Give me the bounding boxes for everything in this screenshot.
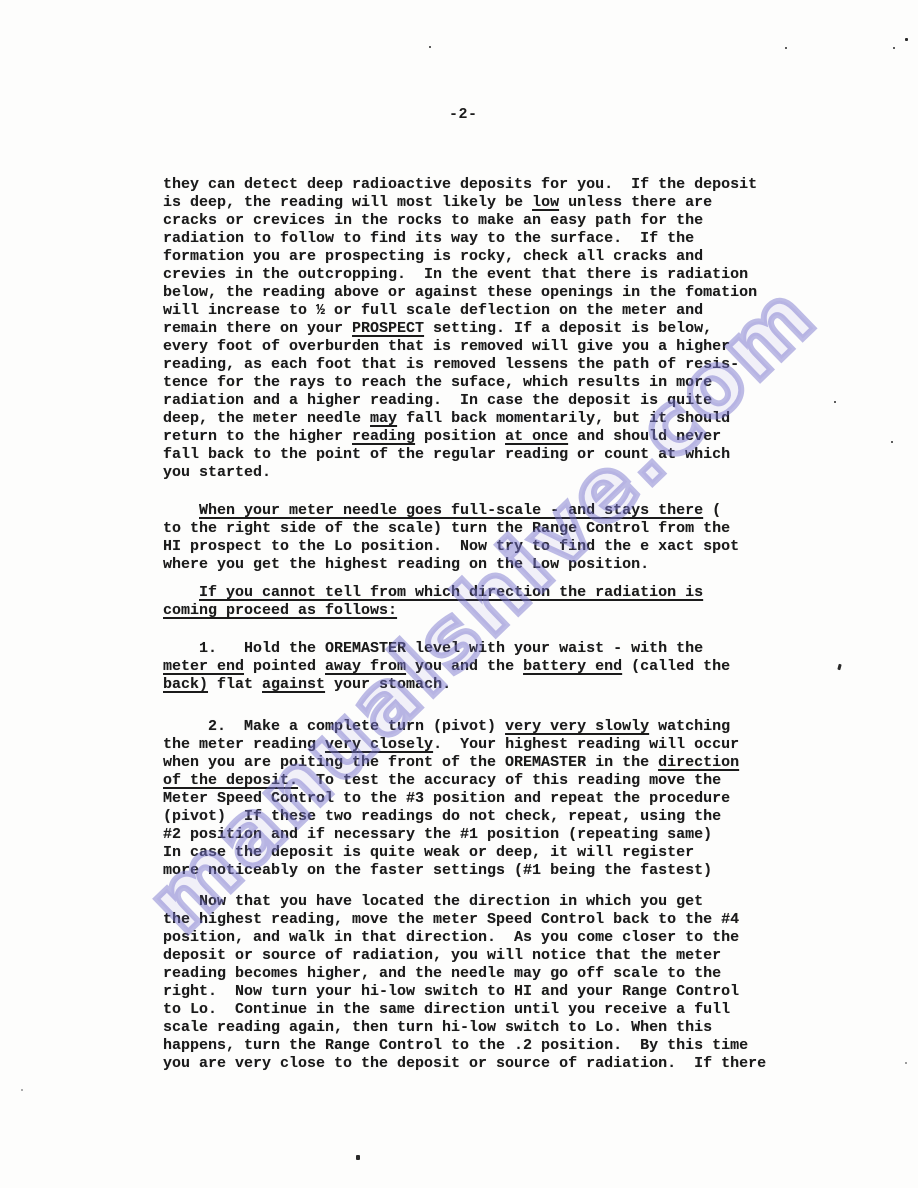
text-segment: cracks or crevices in the rocks to make …: [163, 212, 703, 229]
underlined-text-segment: PROSPECT: [352, 320, 424, 337]
text-segment: reading, as each foot that is removed le…: [163, 356, 739, 373]
text-line: when you are poiting the front of the OR…: [163, 754, 813, 772]
page-number: -2-: [449, 106, 478, 123]
text-segment: more noticeably on the faster settings (…: [163, 862, 712, 879]
document-text-block: they can detect deep radioactive deposit…: [163, 176, 813, 1073]
underlined-text-segment: battery end: [523, 658, 622, 675]
text-segment: Now that you have located the direction …: [163, 893, 703, 910]
text-line: reading becomes higher, and the needle m…: [163, 965, 813, 983]
text-segment: (: [703, 502, 721, 519]
text-line: of the deposit. To test the accuracy of …: [163, 772, 813, 790]
text-line: below, the reading above or against thes…: [163, 284, 813, 302]
text-line: tence for the rays to reach the suface, …: [163, 374, 813, 392]
text-segment: you started.: [163, 464, 271, 481]
underlined-text-segment: back): [163, 676, 208, 693]
text-segment: your stomach.: [325, 676, 451, 693]
scanned-document-page: -2- manualshive.com they can detect deep…: [0, 0, 918, 1188]
text-line: reading, as each foot that is removed le…: [163, 356, 813, 374]
text-line: deep, the meter needle may fall back mom…: [163, 410, 813, 428]
text-line: Now that you have located the direction …: [163, 893, 813, 911]
text-line: If you cannot tell from which direction …: [163, 584, 813, 602]
text-segment: radiation to follow to find its way to t…: [163, 230, 694, 247]
underlined-text-segment: direction: [658, 754, 739, 771]
text-line: meter end pointed away from you and the …: [163, 658, 813, 676]
text-line: fall back to the point of the regular re…: [163, 446, 813, 464]
paragraph-intro: they can detect deep radioactive deposit…: [163, 176, 813, 482]
text-segment: HI prospect to the Lo position. Now try …: [163, 538, 739, 555]
text-segment: flat: [208, 676, 262, 693]
text-segment: 1. Hold the OREMASTER level with your wa…: [163, 640, 703, 657]
text-segment: (called the: [622, 658, 730, 675]
scan-speck: [905, 38, 908, 41]
text-line: radiation to follow to find its way to t…: [163, 230, 813, 248]
text-line: back) flat against your stomach.: [163, 676, 813, 694]
text-line: to the right side of the scale) turn the…: [163, 520, 813, 538]
text-line: more noticeably on the faster settings (…: [163, 862, 813, 880]
text-segment: In case the deposit is quite weak or dee…: [163, 844, 694, 861]
text-line: radiation and a higher reading. In case …: [163, 392, 813, 410]
text-segment: tence for the rays to reach the suface, …: [163, 374, 712, 391]
text-line: happens, turn the Range Control to the .…: [163, 1037, 813, 1055]
text-segment: to Lo. Continue in the same direction un…: [163, 1001, 730, 1018]
list-item-1: 1. Hold the OREMASTER level with your wa…: [163, 640, 813, 694]
text-segment: #2 position and if necessary the #1 posi…: [163, 826, 712, 843]
text-segment: and should never: [568, 428, 721, 445]
underlined-text-segment: If you cannot tell from which direction …: [199, 584, 703, 601]
text-segment: return to the higher: [163, 428, 352, 445]
text-line: 2. Make a complete turn (pivot) very ver…: [163, 718, 813, 736]
text-line: every foot of overburden that is removed…: [163, 338, 813, 356]
text-segment: setting. If a deposit is below,: [424, 320, 712, 337]
text-line: will increase to ½ or full scale deflect…: [163, 302, 813, 320]
text-segment: they can detect deep radioactive deposit…: [163, 176, 757, 193]
text-segment: happens, turn the Range Control to the .…: [163, 1037, 748, 1054]
scan-speck: [356, 1155, 360, 1160]
underlined-text-segment: low: [532, 194, 559, 211]
underlined-text-segment: may: [370, 410, 397, 427]
text-line: cracks or crevices in the rocks to make …: [163, 212, 813, 230]
underlined-text-segment: very very slowly: [505, 718, 649, 735]
scan-speck: [893, 47, 895, 49]
text-segment: is deep, the reading will most likely be: [163, 194, 532, 211]
text-segment: position: [415, 428, 505, 445]
text-line: crevies in the outcropping. In the event…: [163, 266, 813, 284]
text-line: you started.: [163, 464, 813, 482]
text-line: In case the deposit is quite weak or dee…: [163, 844, 813, 862]
text-segment: remain there on your: [163, 320, 352, 337]
text-segment: crevies in the outcropping. In the event…: [163, 266, 748, 283]
text-line: where you get the highest reading on the…: [163, 556, 813, 574]
underlined-text-segment: away from: [325, 658, 406, 675]
text-segment: (pivot) If these two readings do not che…: [163, 808, 721, 825]
text-line: the highest reading, move the meter Spee…: [163, 911, 813, 929]
text-line: HI prospect to the Lo position. Now try …: [163, 538, 813, 556]
text-line: they can detect deep radioactive deposit…: [163, 176, 813, 194]
text-line: is deep, the reading will most likely be…: [163, 194, 813, 212]
text-line: the meter reading very closely. Your hig…: [163, 736, 813, 754]
text-segment: radiation and a higher reading. In case …: [163, 392, 712, 409]
text-segment: pointed: [244, 658, 325, 675]
text-segment: unless there are: [559, 194, 712, 211]
text-line: scale reading again, then turn hi-low sw…: [163, 1019, 813, 1037]
scan-speck: [834, 401, 836, 403]
text-segment: when you are poiting the front of the OR…: [163, 754, 658, 771]
text-segment: Meter Speed Control to the #3 position a…: [163, 790, 730, 807]
text-segment: where you get the highest reading on the…: [163, 556, 649, 573]
scan-speck: [429, 46, 431, 48]
paragraph-direction-heading: If you cannot tell from which direction …: [163, 584, 813, 620]
text-line: coming proceed as follows:: [163, 602, 813, 620]
text-segment: reading becomes higher, and the needle m…: [163, 965, 721, 982]
underlined-text-segment: reading: [352, 428, 415, 445]
text-segment: position, and walk in that direction. As…: [163, 929, 739, 946]
text-segment: fall back to the point of the regular re…: [163, 446, 730, 463]
scan-speck: [21, 1089, 23, 1091]
underlined-text-segment: against: [262, 676, 325, 693]
text-segment: to the right side of the scale) turn the…: [163, 520, 730, 537]
scan-speck: [837, 664, 841, 671]
text-line: formation you are prospecting is rocky, …: [163, 248, 813, 266]
text-line: (pivot) If these two readings do not che…: [163, 808, 813, 826]
text-segment: you are very close to the deposit or sou…: [163, 1055, 766, 1072]
underlined-text-segment: of the deposit.: [163, 772, 298, 789]
text-line: return to the higher reading position at…: [163, 428, 813, 446]
scan-speck: [891, 441, 893, 443]
underlined-text-segment: meter end: [163, 658, 244, 675]
text-line: to Lo. Continue in the same direction un…: [163, 1001, 813, 1019]
text-segment: To test the accuracy of this reading mov…: [298, 772, 721, 789]
underlined-text-segment: When your meter needle goes full-scale -…: [199, 502, 703, 519]
scan-speck: [785, 47, 787, 49]
text-segment: scale reading again, then turn hi-low sw…: [163, 1019, 712, 1036]
text-segment: every foot of overburden that is removed…: [163, 338, 730, 355]
text-line: right. Now turn your hi-low switch to HI…: [163, 983, 813, 1001]
text-segment: the meter reading: [163, 736, 325, 753]
text-segment: below, the reading above or against thes…: [163, 284, 757, 301]
text-line: deposit or source of radiation, you will…: [163, 947, 813, 965]
text-line: Meter Speed Control to the #3 position a…: [163, 790, 813, 808]
underlined-text-segment: coming proceed as follows:: [163, 602, 397, 619]
text-segment: you and the: [406, 658, 523, 675]
text-segment: [163, 584, 199, 601]
text-line: #2 position and if necessary the #1 posi…: [163, 826, 813, 844]
underlined-text-segment: at once: [505, 428, 568, 445]
text-segment: will increase to ½ or full scale deflect…: [163, 302, 703, 319]
text-segment: . Your highest reading will occur: [433, 736, 739, 753]
text-segment: deep, the meter needle: [163, 410, 370, 427]
text-line: you are very close to the deposit or sou…: [163, 1055, 813, 1073]
text-segment: [163, 502, 199, 519]
text-line: remain there on your PROSPECT setting. I…: [163, 320, 813, 338]
paragraph-full-scale: When your meter needle goes full-scale -…: [163, 502, 813, 574]
paragraph-closing: Now that you have located the direction …: [163, 893, 813, 1073]
list-item-2: 2. Make a complete turn (pivot) very ver…: [163, 718, 813, 880]
text-segment: right. Now turn your hi-low switch to HI…: [163, 983, 739, 1000]
text-segment: deposit or source of radiation, you will…: [163, 947, 721, 964]
text-segment: the highest reading, move the meter Spee…: [163, 911, 739, 928]
text-segment: fall back momentarily, but it should: [397, 410, 730, 427]
scan-speck: [905, 1062, 907, 1064]
text-line: When your meter needle goes full-scale -…: [163, 502, 813, 520]
text-line: position, and walk in that direction. As…: [163, 929, 813, 947]
underlined-text-segment: very closely: [325, 736, 433, 753]
text-line: 1. Hold the OREMASTER level with your wa…: [163, 640, 813, 658]
text-segment: formation you are prospecting is rocky, …: [163, 248, 703, 265]
text-segment: watching: [649, 718, 730, 735]
text-segment: 2. Make a complete turn (pivot): [163, 718, 505, 735]
